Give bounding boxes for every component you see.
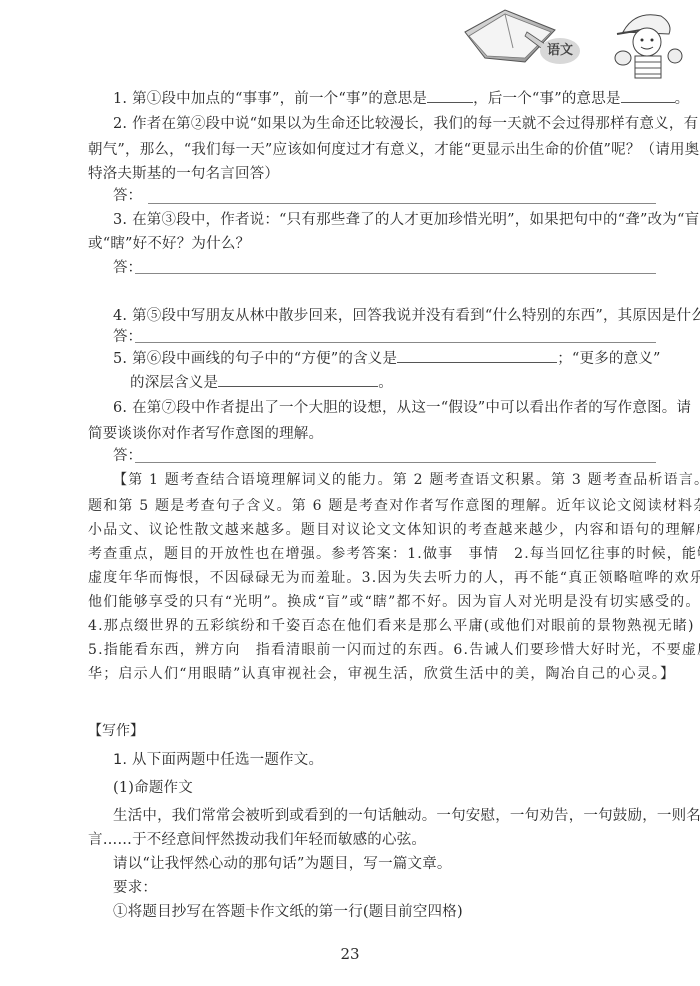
notes-line: 小品文、议论性散文越来越多。题目对议论文文体知识的考查越来越少，内容和语句的理解… (88, 520, 658, 540)
header-illustration: 语文 (455, 2, 695, 80)
notes-line: 5.指能看东西，辨方向 指看清眼前一闪而过的东西。6.告诫人们要珍惜大好时光，不… (88, 640, 658, 660)
question-5-cont: 的深层含义是。 (130, 372, 700, 393)
page-number: 23 (0, 945, 700, 963)
answer-label: 答： (113, 327, 142, 347)
answer-label: 答： (113, 186, 142, 206)
answer-blank[interactable] (427, 88, 473, 103)
answer-blank[interactable] (397, 348, 557, 363)
answer-line[interactable] (135, 341, 656, 343)
question-text: 的深层含义是 (130, 375, 218, 391)
writing-prompt: 生活中，我们常常会被听到或看到的一句话触动。一句安慰，一句劝告，一句鼓励，一则名 (113, 806, 658, 826)
question-text: 第⑤段中写朋友从林中散步回来，回答我说并没有看到“什么特别的东西”，其原因是什么… (132, 308, 700, 324)
notes-line: 4.那点缀世界的五彩缤纷和千姿百态在他们看来是那么平庸(或他们对眼前的景物熟视无… (88, 616, 658, 636)
notes-line: 虚度年华而悔恨，不因碌碌无为而羞耻。3.因为失去听力的人，再不能“真正领略喧哗的… (88, 568, 658, 588)
notes-line: 华；启示人们“用眼睛”认真审视社会，审视生活，欣赏生活中的美，陶冶自己的心灵。】 (88, 664, 658, 684)
question-text: 。 (675, 91, 690, 107)
question-text: 简要谈谈你对作者写作意图的理解。 (88, 424, 658, 444)
notes-line: 他们能够享受的只有“光明”。换成“盲”或“瞎”都不好。因为盲人对光明是没有切实感… (88, 592, 658, 612)
section-title-writing: 【写作】 (88, 720, 144, 740)
question-text: 在第③段中，作者说：“只有那些聋了的人才更加珍惜光明”，如果把句中的“聋”改为“… (132, 212, 700, 228)
question-number: 4. (113, 308, 127, 324)
question-text: 特洛夫斯基的一句名言回答） (88, 164, 658, 184)
writing-prompt: 言……于不经意间怦然拨动我们年轻而敏感的心弦。 (88, 830, 658, 850)
answer-line[interactable] (135, 272, 656, 274)
notes-line: 【第 1 题考查结合语境理解词义的能力。第 2 题考查语文积累。第 3 题考查品… (113, 470, 683, 490)
question-number: 2. (113, 116, 127, 132)
question-text: 在第⑦段中作者提出了一个大胆的设想，从这一“假设”中可以看出作者的写作意图。请 (132, 400, 691, 416)
question-number: 6. (113, 400, 127, 416)
writing-task: 1. 从下面两题中任选一题作文。 (113, 750, 658, 770)
answer-blank[interactable] (218, 372, 378, 387)
question-number: 5. (113, 351, 127, 367)
question-3: 3. 在第③段中，作者说：“只有那些聋了的人才更加珍惜光明”，如果把句中的“聋”… (113, 210, 658, 230)
question-text: ；“更多的意义” (557, 351, 660, 367)
requirements-label: 要求： (113, 878, 658, 898)
question-text: 第①段中加点的“事事”，前一个“事”的意思是 (132, 91, 427, 107)
cartoon-student-icon (595, 2, 695, 80)
writing-instruction: 请以“让我怦然心动的那句话”为题目，写一篇文章。 (113, 854, 658, 874)
notes-line: 题和第 5 题是考查句子含义。第 6 题是考查对作者写作意图的理解。近年议论文阅… (88, 496, 658, 516)
question-text: 。 (378, 375, 393, 391)
subject-badge: 语文 (540, 38, 580, 64)
answer-label: 答： (113, 258, 142, 278)
notes-line: 考查重点，题目的开放性也在增强。参考答案：1.做事 事情 2.每当回忆往事的时候… (88, 544, 658, 564)
answer-line[interactable] (135, 461, 656, 463)
question-5: 5. 第⑥段中画线的句子中的“方便”的含义是；“更多的意义” (113, 348, 658, 369)
writing-option-title: (1)命题作文 (113, 778, 658, 798)
question-number: 3. (113, 212, 127, 228)
question-1: 1. 第①段中加点的“事事”，前一个“事”的意思是，后一个“事”的意思是。 (113, 88, 658, 109)
question-4: 4. 第⑤段中写朋友从林中散步回来，回答我说并没有看到“什么特别的东西”，其原因… (113, 306, 658, 326)
question-number: 1. (113, 91, 127, 107)
answer-line[interactable] (148, 202, 656, 204)
question-text: 作者在第②段中说“如果以为生命还比较漫长，我们的每一天就不会过得那样有意义，有 (132, 116, 698, 132)
question-text: 或“瞎”好不好？为什么？ (88, 234, 658, 254)
question-text: 朝气”，那么，“我们每一天”应该如何度过才有意义，才能“更显示出生命的价值”呢？… (88, 140, 658, 160)
question-text: ，后一个“事”的意思是 (473, 91, 621, 107)
question-2: 2. 作者在第②段中说“如果以为生命还比较漫长，我们的每一天就不会过得那样有意义… (113, 114, 658, 134)
answer-blank[interactable] (621, 88, 675, 103)
answer-label: 答： (113, 446, 142, 466)
textbook-page: 语文 1. 第①段中加点的“事事”，前一个“事”的意思是，后一个“事”的意思是。… (0, 0, 700, 986)
question-text: 第⑥段中画线的句子中的“方便”的含义是 (132, 351, 397, 367)
requirement-item: ①将题目抄写在答题卡作文纸的第一行(题目前空四格) (113, 902, 658, 922)
question-6: 6. 在第⑦段中作者提出了一个大胆的设想，从这一“假设”中可以看出作者的写作意图… (113, 398, 658, 418)
